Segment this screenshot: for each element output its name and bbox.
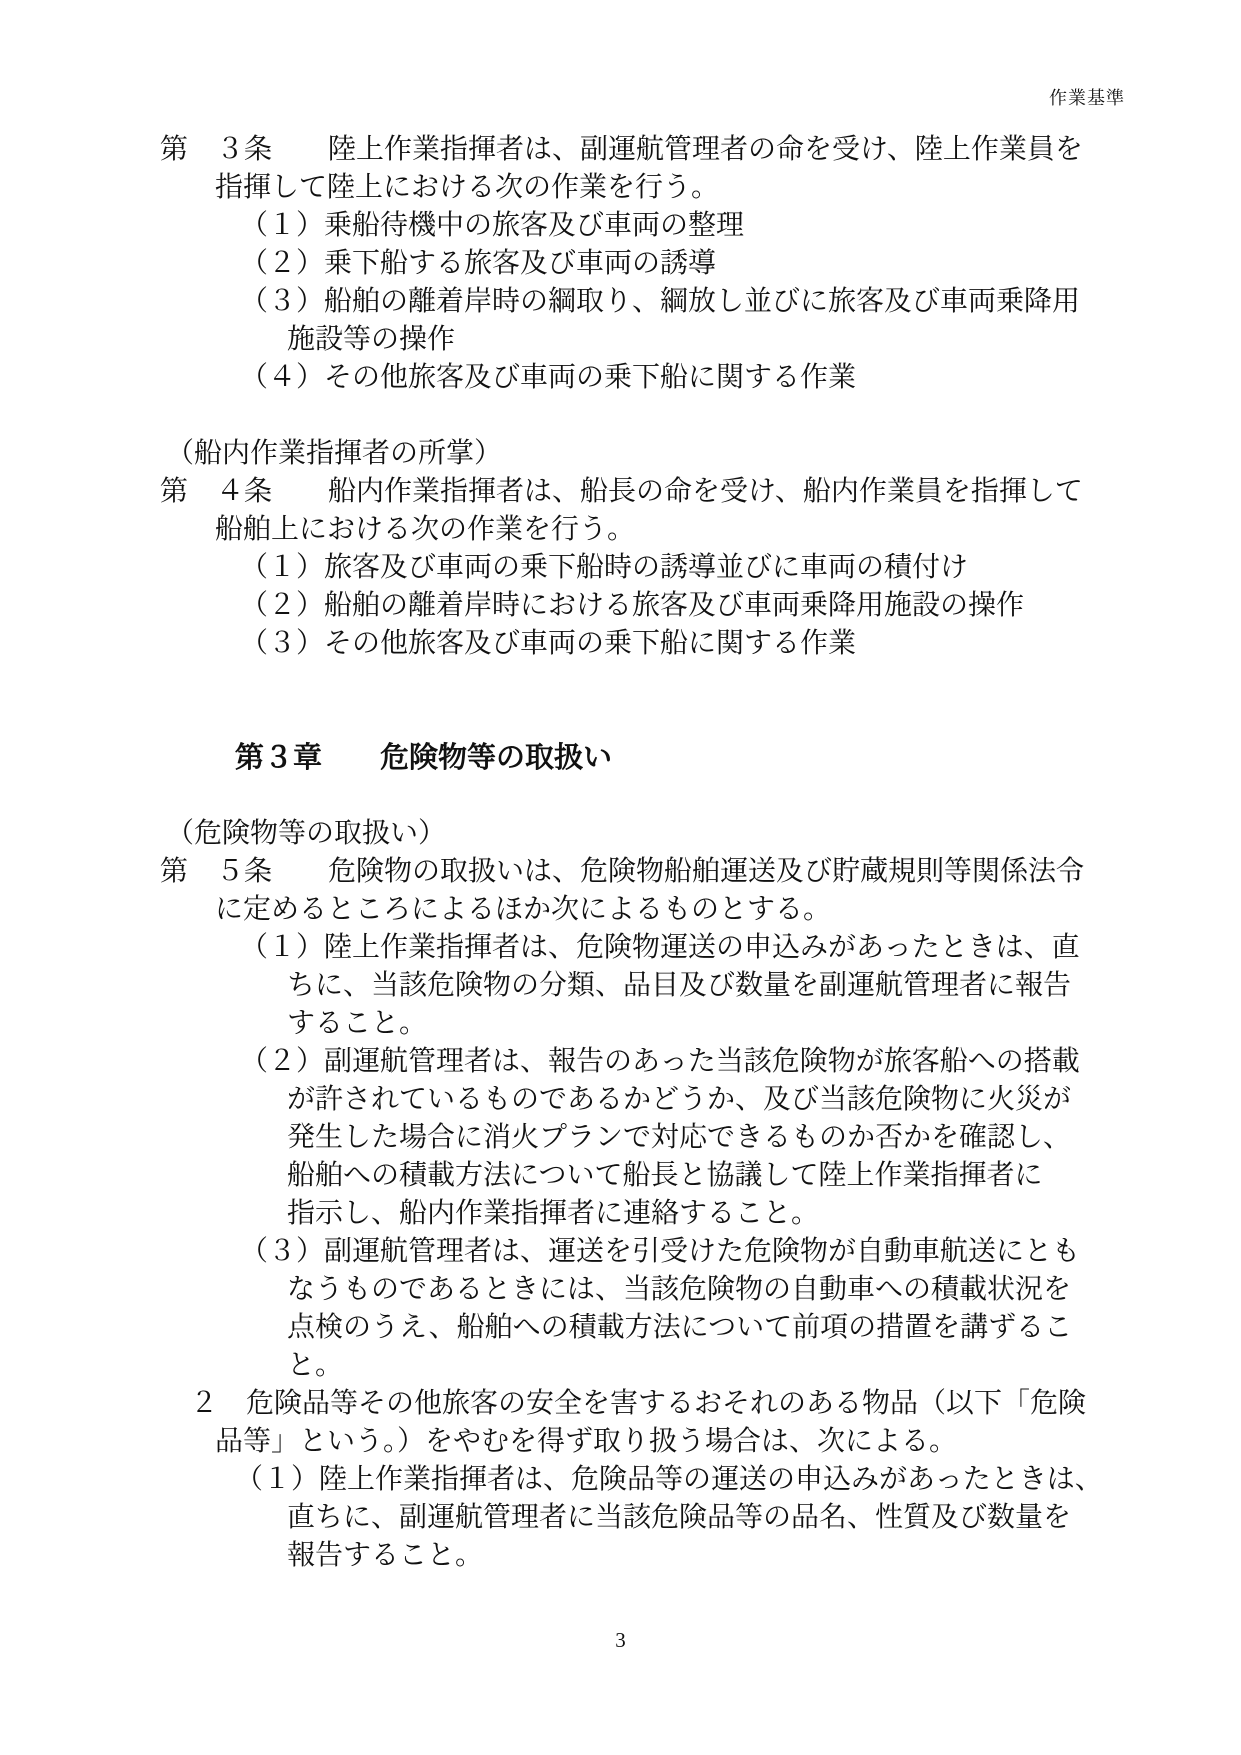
list-item-continuation: 施設等の操作 [287,321,1181,359]
blank-line [160,397,1181,435]
list-item-continuation: 直ちに、副運航管理者に当該危険品等の品名、性質及び数量を [287,1499,1181,1537]
list-item-continuation: ちに、当該危険物の分類、品目及び数量を副運航管理者に報告 [287,967,1181,1005]
list-item-continuation: すること。 [287,1005,1181,1043]
section-label: （船内作業指揮者の所掌） [166,435,1181,473]
blank-line [160,663,1181,701]
document-header-note: 作業基準 [1049,84,1125,110]
document-body: 第 ３条 陸上作業指揮者は、副運航管理者の命を受け、陸上作業員を 指揮して陸上に… [160,131,1181,1575]
text-line: 船舶上における次の作業を行う。 [215,511,1181,549]
list-item-continuation: 船舶への積載方法について船長と協議して陸上作業指揮者に [287,1157,1181,1195]
list-item: （１）旅客及び車両の乗下船時の誘導並びに車両の積付け [240,549,1181,587]
section-label: （危険物等の取扱い） [166,815,1181,853]
list-item: （２）乗下船する旅客及び車両の誘導 [240,245,1181,283]
text-line: 指揮して陸上における次の作業を行う。 [215,169,1181,207]
list-item-continuation: と。 [287,1347,1181,1385]
list-item: （１）乗船待機中の旅客及び車両の整理 [240,207,1181,245]
blank-line [160,777,1181,815]
blank-line [160,701,1181,739]
paragraph-2-head-line: ２ 危険品等その他旅客の安全を害するおそれのある物品（以下「危険 [190,1385,1181,1423]
list-item: （４）その他旅客及び車両の乗下船に関する作業 [240,359,1181,397]
article-4-head-line: 第 ４条 船内作業指揮者は、船長の命を受け、船内作業員を指揮して [160,473,1181,511]
chapter-3-heading: 第３章 危険物等の取扱い [235,739,1181,777]
document-page: { "page": { "header_note": "作業基準", "page… [0,0,1241,1755]
list-item-continuation: 報告すること。 [287,1537,1181,1575]
article-3-head-line: 第 ３条 陸上作業指揮者は、副運航管理者の命を受け、陸上作業員を [160,131,1181,169]
article-5-head-line: 第 ５条 危険物の取扱いは、危険物船舶運送及び貯蔵規則等関係法令 [160,853,1181,891]
list-item: （１）陸上作業指揮者は、危険物運送の申込みがあったときは、直 [240,929,1181,967]
list-item-continuation: 点検のうえ、船舶への積載方法について前項の措置を講ずるこ [287,1309,1181,1347]
list-item-continuation: 指示し、船内作業指揮者に連絡すること。 [287,1195,1181,1233]
list-item: （１）陸上作業指揮者は、危険品等の運送の申込みがあったときは、 [235,1461,1181,1499]
list-item: （２）副運航管理者は、報告のあった当該危険物が旅客船への搭載 [240,1043,1181,1081]
page-number: 3 [0,1628,1241,1653]
list-item: （３）その他旅客及び車両の乗下船に関する作業 [240,625,1181,663]
list-item-continuation: が許されているものであるかどうか、及び当該危険物に火災が [287,1081,1181,1119]
list-item: （３）副運航管理者は、運送を引受けた危険物が自動車航送にとも [240,1233,1181,1271]
list-item: （２）船舶の離着岸時における旅客及び車両乗降用施設の操作 [240,587,1181,625]
text-line: 品等」という。）をやむを得ず取り扱う場合は、次による。 [215,1423,1181,1461]
text-line: に定めるところによるほか次によるものとする。 [215,891,1181,929]
list-item-continuation: なうものであるときには、当該危険物の自動車への積載状況を [287,1271,1181,1309]
list-item-continuation: 発生した場合に消火プランで対応できるものか否かを確認し、 [287,1119,1181,1157]
list-item: （３）船舶の離着岸時の綱取り、綱放し並びに旅客及び車両乗降用 [240,283,1181,321]
